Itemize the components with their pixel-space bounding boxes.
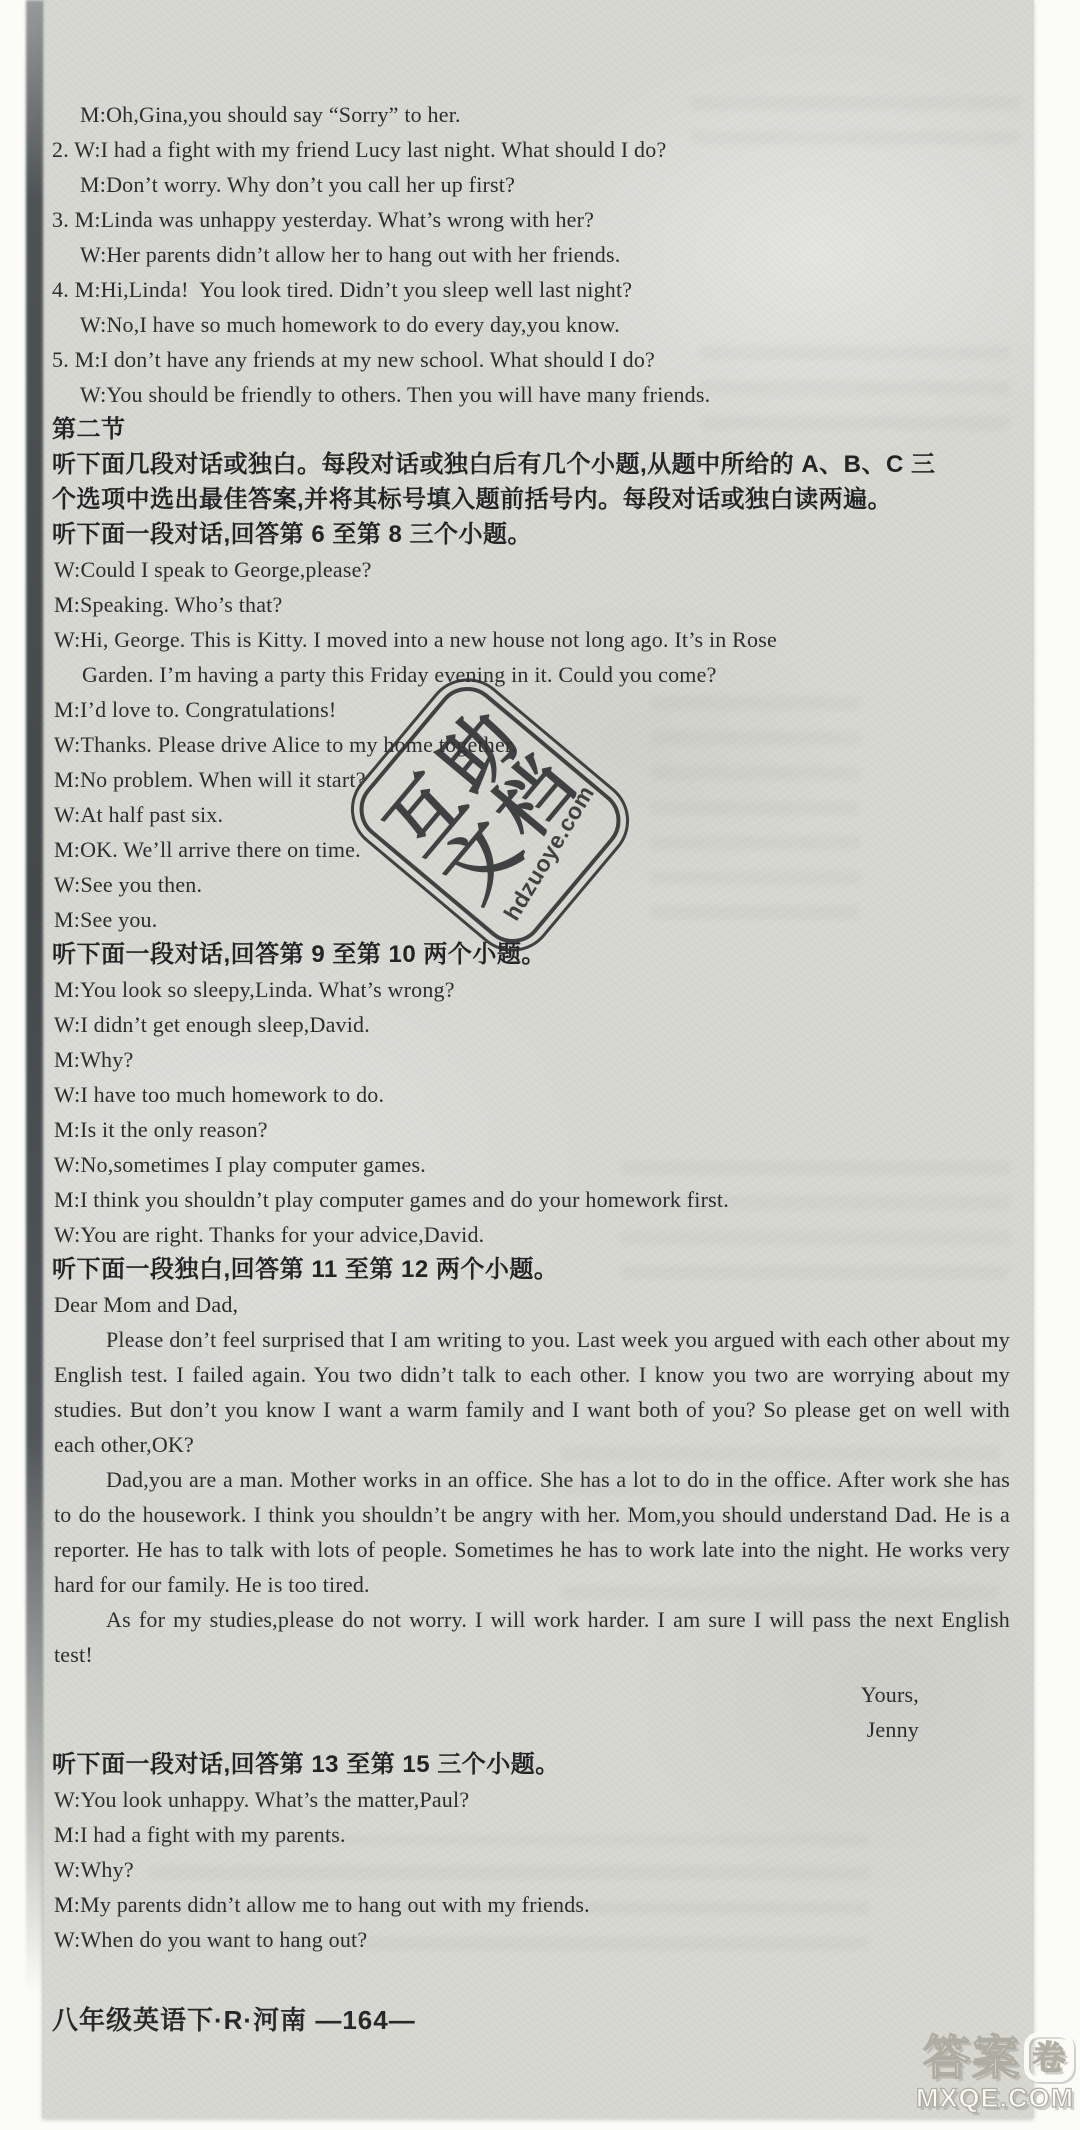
logo-circle-char: 卷 xyxy=(1033,2041,1066,2074)
answer-site-watermark: 答 案 卷 MXQE.COM xyxy=(872,2032,1074,2112)
transcript-line: 听下面一段独白,回答第 11 至第 12 两个小题。 xyxy=(52,1252,1014,1287)
logo-char-1: 答 xyxy=(923,2034,970,2081)
transcript-line: W:You are right. Thanks for your advice,… xyxy=(52,1217,1014,1252)
transcript-line: As for my studies,please do not worry. I… xyxy=(52,1602,1014,1672)
transcript-line: M:Why? xyxy=(52,1042,1014,1077)
logo-circle-badge: 卷 xyxy=(1024,2032,1074,2082)
transcript-line: W:I have too much homework to do. xyxy=(52,1077,1014,1112)
transcript-line: M:Oh,Gina,you should say “Sorry” to her. xyxy=(52,97,1014,132)
transcript-line: 听下面一段对话,回答第 9 至第 10 两个小题。 xyxy=(52,937,1014,972)
scanned-page: M:Oh,Gina,you should say “Sorry” to her.… xyxy=(0,0,1080,2130)
transcript-line: M:Don’t worry. Why don’t you call her up… xyxy=(52,167,1014,202)
transcript-line: M:See you. xyxy=(52,902,1014,937)
answer-site-logo: 答 案 卷 xyxy=(872,2032,1074,2082)
transcript-line: 听下面一段对话,回答第 13 至第 15 三个小题。 xyxy=(52,1747,1014,1782)
transcript-line: 4. M:Hi,Linda! You look tired. Didn’t yo… xyxy=(52,272,1014,307)
transcript-line: W:No,I have so much homework to do every… xyxy=(52,307,1014,342)
transcript-line: M:I’d love to. Congratulations! xyxy=(52,692,1014,727)
footer-text: 八年级英语下·R·河南 —164— xyxy=(52,2005,416,2035)
transcript-line: W:At half past six. xyxy=(52,797,1014,832)
transcript-line: W:Thanks. Please drive Alice to my home … xyxy=(52,727,1014,762)
transcript-line: W:You should be friendly to others. Then… xyxy=(52,377,1014,412)
transcript-line: M:No problem. When will it start? xyxy=(52,762,1014,797)
transcript-line: Dear Mom and Dad, xyxy=(52,1287,1014,1322)
transcript-line: M:OK. We’ll arrive there on time. xyxy=(52,832,1014,867)
transcript-line: 个选项中选出最佳答案,并将其标号填入题前括号内。每段对话或独白读两遍。 xyxy=(52,482,1014,517)
transcript-line: M:You look so sleepy,Linda. What’s wrong… xyxy=(52,972,1014,1007)
transcript-line: Yours, xyxy=(52,1677,1014,1712)
transcript-line: W:I didn’t get enough sleep,David. xyxy=(52,1007,1014,1042)
transcript-line: 2. W:I had a fight with my friend Lucy l… xyxy=(52,132,1014,167)
transcript-line: W:Why? xyxy=(52,1852,1014,1887)
transcript-line: M:Speaking. Who’s that? xyxy=(52,587,1014,622)
listening-transcript: M:Oh,Gina,you should say “Sorry” to her.… xyxy=(42,0,1034,1957)
transcript-line: 听下面几段对话或独白。每段对话或独白后有几个小题,从题中所给的 A、B、C 三 xyxy=(52,447,1014,482)
logo-char-2: 案 xyxy=(972,2034,1019,2081)
transcript-line: W:See you then. xyxy=(52,867,1014,902)
transcript-line: M:My parents didn’t allow me to hang out… xyxy=(52,1887,1014,1922)
transcript-line: 3. M:Linda was unhappy yesterday. What’s… xyxy=(52,202,1014,237)
transcript-line: 第二节 xyxy=(52,412,1014,447)
transcript-line: Please don’t feel surprised that I am wr… xyxy=(52,1322,1014,1462)
book-gutter-shadow xyxy=(26,0,43,1995)
transcript-line: W:Could I speak to George,please? xyxy=(52,552,1014,587)
answer-site-url: MXQE.COM xyxy=(872,2085,1074,2112)
transcript-line: W:Her parents didn’t allow her to hang o… xyxy=(52,237,1014,272)
transcript-line: M:I think you shouldn’t play computer ga… xyxy=(52,1182,1014,1217)
transcript-line: 听下面一段对话,回答第 6 至第 8 三个小题。 xyxy=(52,517,1014,552)
transcript-line: 5. M:I don’t have any friends at my new … xyxy=(52,342,1014,377)
transcript-line: W:No,sometimes I play computer games. xyxy=(52,1147,1014,1182)
book-page: M:Oh,Gina,you should say “Sorry” to her.… xyxy=(42,0,1034,2118)
page-footer: 八年级英语下·R·河南 —164— xyxy=(52,2000,416,2037)
transcript-line: Jenny xyxy=(52,1712,1014,1747)
transcript-line: M:I had a fight with my parents. xyxy=(52,1817,1014,1852)
transcript-line: W:Hi, George. This is Kitty. I moved int… xyxy=(52,622,1014,657)
transcript-line: W:When do you want to hang out? xyxy=(52,1922,1014,1957)
transcript-line: W:You look unhappy. What’s the matter,Pa… xyxy=(52,1782,1014,1817)
transcript-line: M:Is it the only reason? xyxy=(52,1112,1014,1147)
transcript-line: Garden. I’m having a party this Friday e… xyxy=(52,657,1014,692)
transcript-line: Dad,you are a man. Mother works in an of… xyxy=(52,1462,1014,1602)
